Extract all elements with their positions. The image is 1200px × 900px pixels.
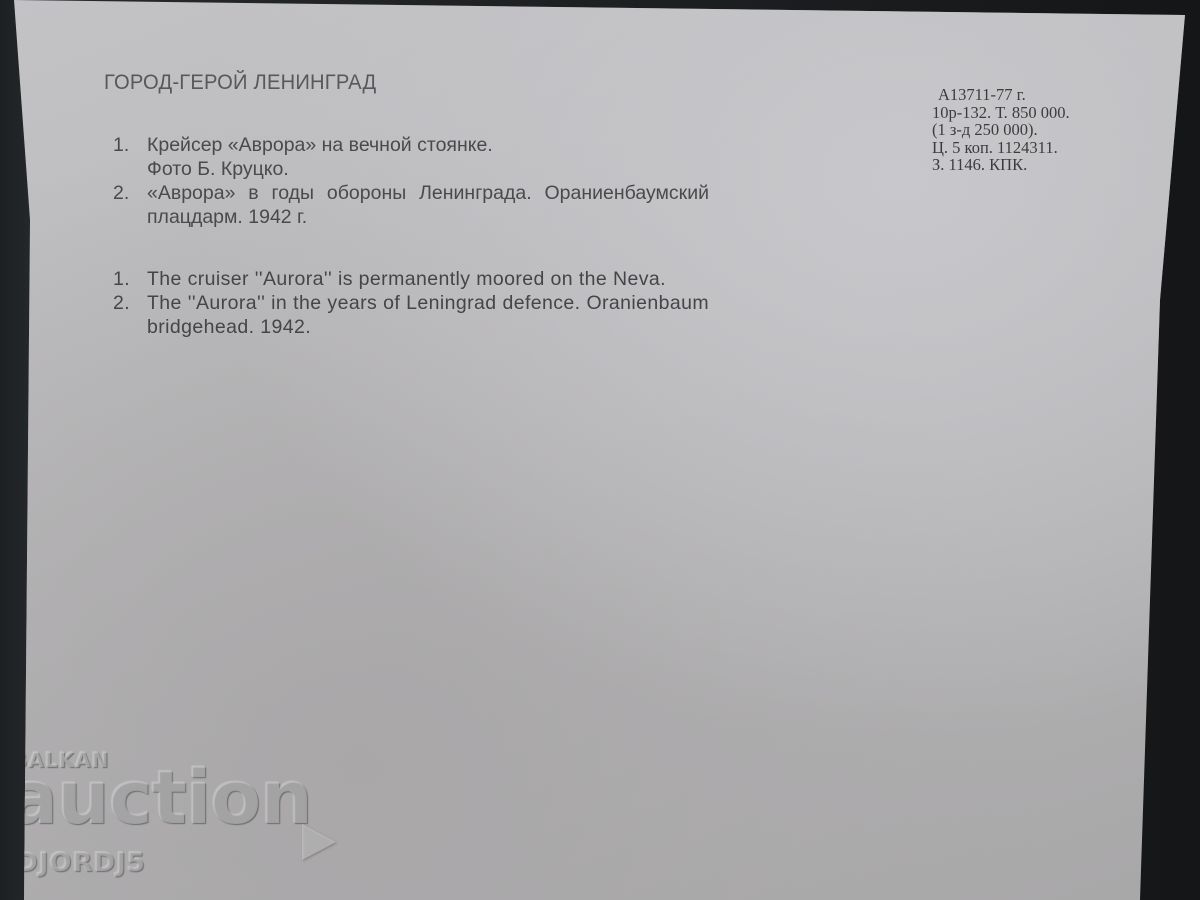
card-heading: ГОРОД-ГЕРОЙ ЛЕНИНГРАД — [104, 71, 376, 95]
caption-number: 1. — [113, 133, 147, 181]
caption-text: Крейсер «Аврора» на вечной стоянке.Фото … — [147, 133, 709, 181]
caption-text: The cruiser ''Aurora'' is permanently mo… — [147, 267, 709, 291]
captions-english: 1. The cruiser ''Aurora'' is permanently… — [113, 267, 709, 339]
caption-text: «Аврора» в годы обороны Ленинграда. Оран… — [147, 181, 709, 229]
postcard-back: ГОРОД-ГЕРОЙ ЛЕНИНГРАД 1. Крейсер «Аврора… — [0, 0, 1200, 900]
play-triangle-icon — [302, 824, 336, 860]
caption-line: Крейсер «Аврора» на вечной стоянке. — [147, 134, 493, 156]
photo-stage: ГОРОД-ГЕРОЙ ЛЕНИНГРАД 1. Крейсер «Аврора… — [0, 0, 1200, 900]
captions-russian: 1. Крейсер «Аврора» на вечной стоянке.Фо… — [113, 133, 709, 229]
caption-number: 2. — [113, 181, 147, 229]
watermark-bottom-text: DJORDJ5 — [16, 848, 146, 878]
caption-text: The ''Aurora'' in the years of Leningrad… — [147, 291, 709, 339]
imprint-line: 10р-132. Т. 850 000. — [932, 104, 1070, 122]
watermark-logo: BALKAN auction DJORDJ5 — [8, 748, 338, 888]
watermark-main-text: auction — [8, 758, 312, 838]
caption-item: 1. Крейсер «Аврора» на вечной стоянке.Фо… — [113, 133, 709, 181]
caption-item: 2. «Аврора» в годы обороны Ленинграда. О… — [113, 181, 709, 229]
caption-item: 2. The ''Aurora'' in the years of Lening… — [113, 291, 709, 339]
caption-line: Крейсер «Аврора» на вечной стоянке.Фото … — [147, 134, 493, 180]
caption-item: 1. The cruiser ''Aurora'' is permanently… — [113, 267, 709, 291]
imprint-line: (1 з-д 250 000). — [932, 121, 1070, 139]
publisher-imprint: А13711-77 г. 10р-132. Т. 850 000. (1 з-д… — [932, 86, 1070, 174]
caption-number: 2. — [113, 291, 147, 339]
caption-number: 1. — [113, 267, 147, 291]
imprint-line: З. 1146. КПК. — [932, 156, 1070, 174]
imprint-line: А13711-77 г. — [932, 86, 1070, 104]
caption-line: Фото Б. Круцко. — [147, 158, 289, 180]
imprint-line: Ц. 5 коп. 1124311. — [932, 139, 1070, 157]
